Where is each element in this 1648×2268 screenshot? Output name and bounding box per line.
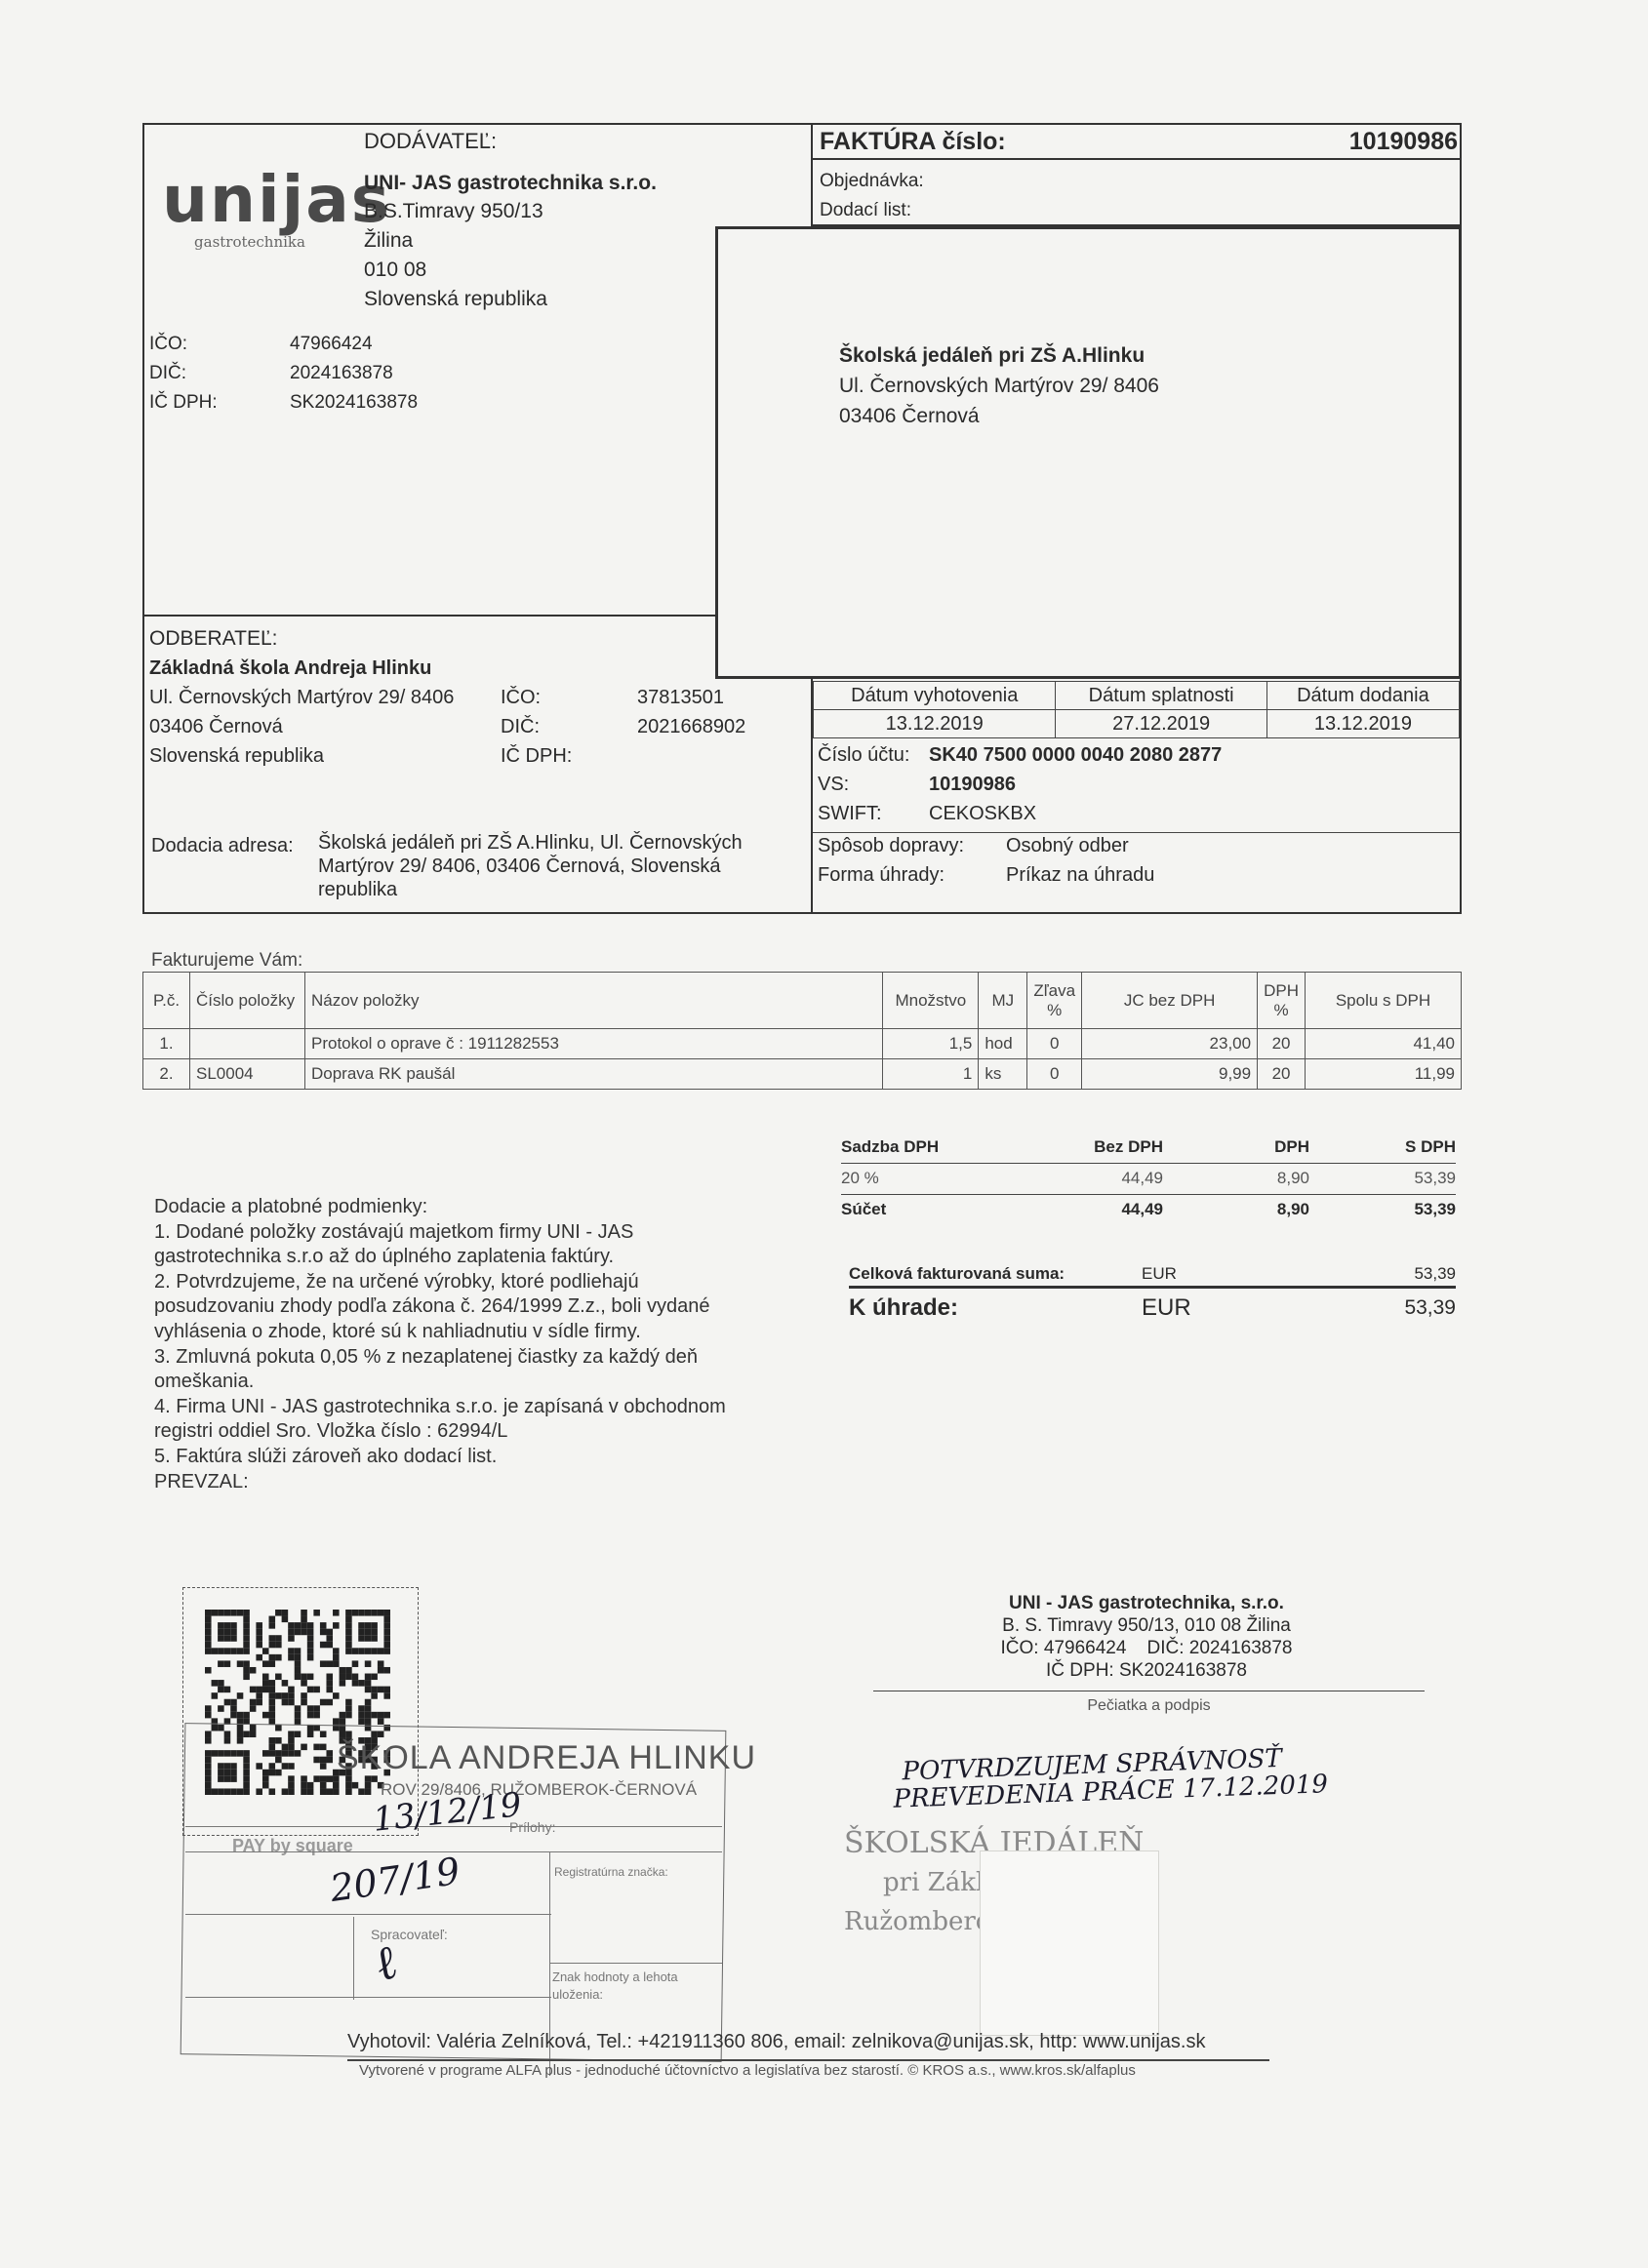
signature-label: Pečiatka a podpis <box>873 1697 1425 1715</box>
terms-line: 3. Zmluvná pokuta 0,05 % z nezaplatenej … <box>154 1345 818 1371</box>
delivery-date-label: Dátum dodania <box>1266 682 1459 710</box>
supplier-dic: 2024163878 <box>290 359 393 388</box>
customer-name: Základná škola Andreja Hlinku <box>149 654 431 683</box>
cell-total: 11,99 <box>1306 1059 1462 1090</box>
table-row: 2.SL0004Doprava RK paušál1ks09,992011,99 <box>143 1059 1462 1090</box>
transport-value: Osobný odber <box>1006 831 1129 860</box>
footer-issued-by: Vyhotovil: Valéria Zelníková, Tel.: +421… <box>347 2031 1205 2053</box>
customer-street: Ul. Černovských Martýrov 29/ 8406 <box>149 683 454 712</box>
vat-sum-amount: 8,90 <box>1163 1194 1309 1225</box>
col-qty: Množstvo <box>883 973 979 1029</box>
cell-name: Doprava RK paušál <box>305 1059 883 1090</box>
cell-qty: 1,5 <box>883 1029 979 1059</box>
terms-line: posudzovaniu zhody podľa zákona č. 264/1… <box>154 1294 818 1320</box>
dates-table: Dátum vyhotovenia Dátum splatnosti Dátum… <box>813 681 1460 739</box>
col-discount: Zľava % <box>1027 973 1082 1029</box>
vat-header-row: Sadzba DPH Bez DPH DPH S DPH <box>841 1132 1456 1163</box>
supplier-dic-label: DIČ: <box>149 359 186 388</box>
footer-divider <box>347 2059 1269 2061</box>
col-total: Spolu s DPH <box>1306 973 1462 1029</box>
terms-heading: Dodacie a platobné podmienky: <box>154 1195 818 1220</box>
mailing-city: 03406 Černová <box>839 402 980 431</box>
customer-ico: 37813501 <box>637 683 724 712</box>
mailing-street: Ul. Černovských Martýrov 29/ 8406 <box>839 372 1159 401</box>
received-stamp-title: ŠKOLA ANDREJA HLINKU <box>337 1739 756 1777</box>
customer-country: Slovenská republika <box>149 741 324 771</box>
cell-discount: 0 <box>1027 1029 1082 1059</box>
invoiced-total-currency: EUR <box>1142 1264 1288 1284</box>
delivery-address-line2: Martýrov 29/ 8406, 03406 Černová, Sloven… <box>318 855 720 878</box>
customer-dic: 2021668902 <box>637 712 745 741</box>
vat-sum-base: 44,49 <box>1036 1194 1163 1225</box>
footer-software: Vytvorené v programe ALFA plus - jednodu… <box>359 2062 1136 2079</box>
stamp-divider <box>185 1997 551 1998</box>
amount-due-currency: EUR <box>1142 1294 1288 1322</box>
stamp-divider <box>185 1914 551 1915</box>
supplier-city: Žilina <box>364 226 413 256</box>
issue-date: 13.12.2019 <box>814 710 1056 738</box>
supplier-name: UNI- JAS gastrotechnika s.r.o. <box>364 169 657 198</box>
customer-divider <box>142 615 718 617</box>
cell-name: Protokol o oprave č : 1911282553 <box>305 1029 883 1059</box>
terms-line: 4. Firma UNI - JAS gastrotechnika s.r.o.… <box>154 1395 818 1420</box>
vat-base: 44,49 <box>1036 1163 1163 1194</box>
invoiced-total-label: Celková fakturovaná suma: <box>849 1264 1142 1284</box>
delivery-address-label: Dodacia adresa: <box>151 831 294 860</box>
invoice-title: FAKTÚRA číslo: <box>820 127 1006 156</box>
col-pc: P.č. <box>143 973 190 1029</box>
terms-line: gastrotechnika s.r.o až do úplného zapla… <box>154 1245 818 1270</box>
terms-block: Dodacie a platobné podmienky: 1. Dodané … <box>154 1195 818 1494</box>
due-date-label: Dátum splatnosti <box>1056 682 1266 710</box>
cell-code: SL0004 <box>190 1059 305 1090</box>
supplier-ico: 47966424 <box>290 330 373 359</box>
customer-icdph-label: IČ DPH: <box>501 741 572 771</box>
vat-summary: Sadzba DPH Bez DPH DPH S DPH 20 % 44,49 … <box>841 1132 1456 1225</box>
stamp-divider <box>549 1963 722 1964</box>
invoiced-total-row: Celková fakturovaná suma: EUR 53,39 <box>849 1261 1456 1289</box>
supplier-signature-block: UNI - JAS gastrotechnika, s.r.o. B. S. T… <box>873 1592 1420 1682</box>
cell-total: 41,40 <box>1306 1029 1462 1059</box>
account-label: Číslo účtu: <box>818 740 909 770</box>
cell-qty: 1 <box>883 1059 979 1090</box>
swift-value: CEKOSKBX <box>929 799 1036 828</box>
totals-block: Celková fakturovaná suma: EUR 53,39 K úh… <box>849 1261 1456 1328</box>
terms-line: registri oddiel Sro. Vložka číslo : 6299… <box>154 1419 818 1445</box>
delivery-note-label: Dodací list: <box>820 196 911 225</box>
vat-rate-row: 20 % 44,49 8,90 53,39 <box>841 1163 1456 1194</box>
col-unit-price: JC bez DPH <box>1082 973 1258 1029</box>
customer-dic-label: DIČ: <box>501 712 540 741</box>
customer-city: 03406 Černová <box>149 712 283 741</box>
supplier-zip: 010 08 <box>364 256 426 285</box>
delivery-date: 13.12.2019 <box>1266 710 1459 738</box>
paper-patch-overlay <box>980 1850 1159 2036</box>
supplier-street: B.S.Timravy 950/13 <box>364 197 543 226</box>
amount-due: 53,39 <box>1288 1296 1456 1320</box>
delivery-address-line3: republika <box>318 878 397 901</box>
issue-date-label: Dátum vyhotovenia <box>814 682 1056 710</box>
vat-sum-label: Súčet <box>841 1194 1036 1225</box>
vat-amount-header: DPH <box>1163 1132 1309 1163</box>
signature-line <box>873 1691 1425 1691</box>
terms-line: 1. Dodané položky zostávajú majetkom fir… <box>154 1220 818 1246</box>
payment-label: Forma úhrady: <box>818 860 945 890</box>
cell-unit: hod <box>979 1029 1027 1059</box>
sig-vat-id: IČ DPH: SK2024163878 <box>873 1659 1420 1682</box>
col-name: Názov položky <box>305 973 883 1029</box>
sig-ids: IČO: 47966424 DIČ: 2024163878 <box>873 1637 1420 1659</box>
vat-base-header: Bez DPH <box>1036 1132 1163 1163</box>
amount-due-row: K úhrade: EUR 53,39 <box>849 1289 1456 1328</box>
cell-unit: ks <box>979 1059 1027 1090</box>
cell-discount: 0 <box>1027 1059 1082 1090</box>
terms-line: 5. Faktúra slúži zároveň ako dodací list… <box>154 1445 818 1470</box>
col-unit: MJ <box>979 973 1027 1029</box>
mailing-name: Školská jedáleň pri ZŠ A.Hlinku <box>839 341 1145 371</box>
supplier-country: Slovenská republika <box>364 285 547 314</box>
cell-unit-price: 9,99 <box>1082 1059 1258 1090</box>
cell-vat: 20 <box>1258 1059 1306 1090</box>
terms-line: 2. Potvrdzujeme, že na určené výrobky, k… <box>154 1270 818 1295</box>
vat-rate: 20 % <box>841 1163 1036 1194</box>
sig-address: B. S. Timravy 950/13, 010 08 Žilina <box>873 1614 1420 1637</box>
items-header-row: P.č. Číslo položky Názov položky Množstv… <box>143 973 1462 1029</box>
delivery-address-line1: Školská jedáleň pri ZŠ A.Hlinku, Ul. Čer… <box>318 831 743 855</box>
terms-line: vyhlásenia o zhode, ktoré sú k nahliadnu… <box>154 1320 818 1345</box>
vat-amount: 8,90 <box>1163 1163 1309 1194</box>
customer-heading: ODBERATEĽ: <box>149 624 277 654</box>
invoiced-total-amount: 53,39 <box>1288 1264 1456 1284</box>
sig-company: UNI - JAS gastrotechnika, s.r.o. <box>873 1592 1420 1614</box>
stamp-retention-label: Znak hodnoty a lehota uloženia: <box>552 1969 679 2004</box>
amount-due-label: K úhrade: <box>849 1294 1142 1322</box>
table-row: 1.Protokol o oprave č : 19112825531,5hod… <box>143 1029 1462 1059</box>
vs-label: VS: <box>818 770 849 799</box>
payment-value: Príkaz na úhradu <box>1006 860 1154 890</box>
handwritten-confirmation: POTVRDZUJEM SPRÁVNOSŤ PREVEDENIA PRÁCE 1… <box>892 1743 1328 1813</box>
supplier-logo: unijas gastrotechnika <box>162 171 338 251</box>
vat-gross: 53,39 <box>1309 1163 1456 1194</box>
supplier-icdph-label: IČ DPH: <box>149 388 218 418</box>
due-date: 27.12.2019 <box>1056 710 1266 738</box>
cell-unit-price: 23,00 <box>1082 1029 1258 1059</box>
supplier-ico-label: IČO: <box>149 330 187 359</box>
cell-code <box>190 1029 305 1059</box>
transport-label: Spôsob dopravy: <box>818 831 964 860</box>
vat-sum-row: Súčet 44,49 8,90 53,39 <box>841 1194 1456 1225</box>
cell-pc: 2. <box>143 1059 190 1090</box>
order-label: Objednávka: <box>820 167 924 196</box>
swift-label: SWIFT: <box>818 799 882 828</box>
vat-rate-header: Sadzba DPH <box>841 1132 1036 1163</box>
account-number: SK40 7500 0000 0040 2080 2877 <box>929 740 1222 770</box>
customer-ico-label: IČO: <box>501 683 541 712</box>
stamp-column-divider <box>353 1917 354 2000</box>
vat-sum-gross: 53,39 <box>1309 1194 1456 1225</box>
mailing-address-window <box>715 226 1462 679</box>
cell-vat: 20 <box>1258 1029 1306 1059</box>
supplier-heading: DODÁVATEĽ: <box>364 127 497 156</box>
terms-line: omeškania. <box>154 1370 818 1395</box>
terms-line: PREVZAL: <box>154 1470 818 1495</box>
col-code: Číslo položky <box>190 973 305 1029</box>
supplier-icdph: SK2024163878 <box>290 388 418 418</box>
vs-value: 10190986 <box>929 770 1016 799</box>
invoice-number: 10190986 <box>1337 127 1458 156</box>
logo-wordmark: unijas <box>162 171 338 229</box>
stamp-registry-label: Registratúrna značka: <box>554 1865 668 1879</box>
col-vat: DPH % <box>1258 973 1306 1029</box>
cell-pc: 1. <box>143 1029 190 1059</box>
items-table: P.č. Číslo položky Názov položky Množstv… <box>142 972 1462 1090</box>
vat-gross-header: S DPH <box>1309 1132 1456 1163</box>
